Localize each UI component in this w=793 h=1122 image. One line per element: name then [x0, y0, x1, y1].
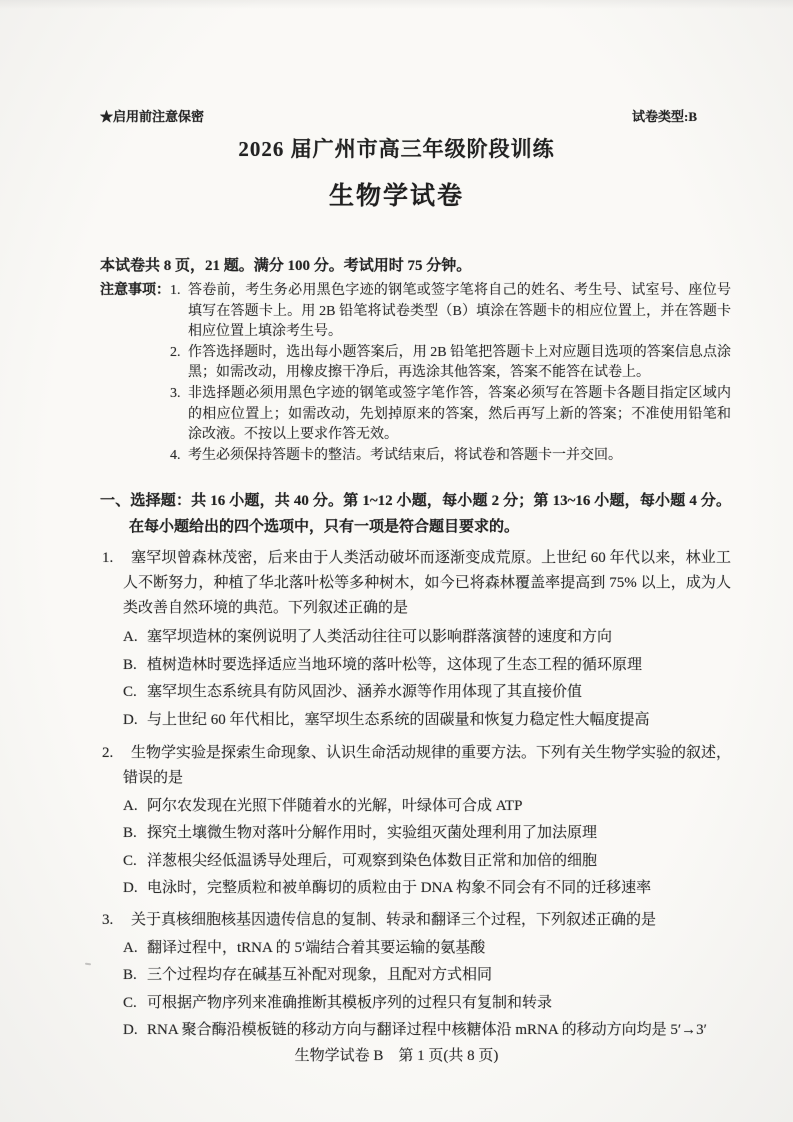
notice-item-text: 考生必须保持答题卡的整洁。考试结束后，将试卷和答题卡一并交回。	[188, 448, 622, 463]
option-c: C.可根据产物序列来准确推断其模板序列的过程只有复制和转录	[123, 990, 731, 1016]
notice-item-text: 答卷前，考生务必用黑色字迹的钢笔或签字笔将自己的姓名、考生号、试室号、座位号填写…	[188, 283, 731, 339]
notice-item-number: 2.	[170, 343, 181, 364]
notice-item-text: 非选择题必须用黑色字迹的钢笔或签字笔作答，答案必须写在答题卡各题目指定区域内的相…	[188, 386, 731, 442]
option-letter: A.	[123, 935, 147, 961]
question-3-options: A.翻译过程中，tRNA 的 5′端结合着其要运输的氨基酸 B.三个过程均存在碱…	[100, 935, 731, 1044]
option-text: 阿尔农发现在光照下伴随着水的光解，叶绿体可合成 ATP	[147, 798, 522, 814]
option-text: 探究土壤微生物对落叶分解作用时，实验组灭菌处理利用了加法原理	[147, 825, 597, 841]
question-stem: 关于真核细胞核基因遗传信息的复制、转录和翻译三个过程，下列叙述正确的是	[100, 905, 731, 933]
option-text: 与上世纪 60 年代相比，塞罕坝生态系统的固碳量和恢复力稳定性大幅度提高	[147, 712, 650, 728]
notice-item-number: 3.	[170, 384, 181, 405]
option-text: 三个过程均存在碱基互补配对现象，且配对方式相同	[147, 967, 492, 983]
exam-paper-page: ★启用前注意保密 试卷类型:B 2026 届广州市高三年级阶段训练 生物学试卷 …	[0, 0, 793, 1122]
exam-title: 2026 届广州市高三年级阶段训练	[0, 134, 793, 164]
notice-item-2: 2.作答选择题时，选出每小题答案后，用 2B 铅笔把答题卡上对应题目选项的答案信…	[170, 343, 731, 384]
option-letter: C.	[123, 848, 147, 874]
notice-item-number: 4.	[170, 446, 181, 467]
notice-item-1: 1.答卷前，考生务必用黑色字迹的钢笔或签字笔将自己的姓名、考生号、试室号、座位号…	[170, 281, 731, 343]
question-stem: 生物学实验是探索生命现象、认识生命活动规律的重要方法。下列有关生物学实验的叙述，…	[100, 738, 731, 791]
option-letter: B.	[123, 652, 147, 678]
question-1: 1. 塞罕坝曾森林茂密，后来由于人类活动破坏而逐渐变成荒原。上世纪 60 年代以…	[100, 543, 731, 733]
option-letter: A.	[123, 793, 147, 819]
question-number: 1.	[102, 546, 113, 571]
scan-artifact	[85, 963, 91, 966]
notice-item-4: 4.考生必须保持答题卡的整洁。考试结束后，将试卷和答题卡一并交回。	[170, 446, 731, 467]
option-letter: B.	[123, 962, 147, 988]
question-2: 2. 生物学实验是探索生命现象、认识生命活动规律的重要方法。下列有关生物学实验的…	[100, 738, 731, 902]
option-text: 翻译过程中，tRNA 的 5′端结合着其要运输的氨基酸	[147, 940, 485, 956]
option-c: C.塞罕坝生态系统具有防风固沙、涵养水源等作用体现了其直接价值	[123, 679, 731, 705]
notice-label: 注意事项：	[100, 281, 170, 466]
question-number: 3.	[102, 908, 113, 933]
notice-item-3: 3.非选择题必须用黑色字迹的钢笔或签字笔作答，答案必须写在答题卡各题目指定区域内…	[170, 384, 731, 446]
page-header: ★启用前注意保密 试卷类型:B	[100, 108, 697, 126]
notice-item-number: 1.	[170, 281, 181, 302]
notice-section: 注意事项： 1.答卷前，考生务必用黑色字迹的钢笔或签字笔将自己的姓名、考生号、试…	[100, 281, 731, 466]
option-text: 塞罕坝造林的案例说明了人类活动往往可以影响群落演替的速度和方向	[147, 629, 612, 645]
option-letter: A.	[123, 624, 147, 650]
page-footer: 生物学试卷 B 第 1 页(共 8 页)	[0, 1046, 793, 1066]
option-b: B.探究土壤微生物对落叶分解作用时，实验组灭菌处理利用了加法原理	[123, 820, 731, 846]
exam-info-line: 本试卷共 8 页，21 题。满分 100 分。考试用时 75 分钟。	[100, 256, 731, 276]
option-text: 洋葱根尖经低温诱导处理后，可观察到染色体数目正常和加倍的细胞	[147, 853, 597, 869]
option-a: A.阿尔农发现在光照下伴随着水的光解，叶绿体可合成 ATP	[123, 793, 731, 819]
option-letter: D.	[123, 875, 147, 901]
question-1-options: A.塞罕坝造林的案例说明了人类活动往往可以影响群落演替的速度和方向 B.植树造林…	[100, 624, 731, 733]
option-a: A.翻译过程中，tRNA 的 5′端结合着其要运输的氨基酸	[123, 935, 731, 961]
option-text: 塞罕坝生态系统具有防风固沙、涵养水源等作用体现了其直接价值	[147, 684, 582, 700]
option-d: D.电泳时，完整质粒和被单酶切的质粒由于 DNA 构象不同会有不同的迁移速率	[123, 875, 731, 901]
option-text: RNA 聚合酶沿模板链的移动方向与翻译过程中核糖体沿 mRNA 的移动方向均是 …	[147, 1022, 707, 1038]
notice-items: 1.答卷前，考生务必用黑色字迹的钢笔或签字笔将自己的姓名、考生号、试室号、座位号…	[170, 281, 731, 466]
option-text: 植树造林时要选择适应当地环境的落叶松等，这体现了生态工程的循环原理	[147, 657, 642, 673]
option-letter: D.	[123, 707, 147, 733]
exam-subtitle: 生物学试卷	[0, 180, 793, 214]
notice-item-text: 作答选择题时，选出每小题答案后，用 2B 铅笔把答题卡上对应题目选项的答案信息点…	[188, 345, 731, 381]
option-letter: D.	[123, 1017, 147, 1043]
section-heading-multiple-choice: 一、选择题：共 16 小题，共 40 分。第 1~12 小题，每小题 2 分；第…	[100, 488, 731, 540]
option-a: A.塞罕坝造林的案例说明了人类活动往往可以影响群落演替的速度和方向	[123, 624, 731, 650]
question-number: 2.	[102, 741, 113, 766]
option-d: D.与上世纪 60 年代相比，塞罕坝生态系统的固碳量和恢复力稳定性大幅度提高	[123, 707, 731, 733]
option-letter: C.	[123, 990, 147, 1016]
option-d: D.RNA 聚合酶沿模板链的移动方向与翻译过程中核糖体沿 mRNA 的移动方向均…	[123, 1017, 731, 1043]
option-letter: C.	[123, 679, 147, 705]
option-b: B.植树造林时要选择适应当地环境的落叶松等，这体现了生态工程的循环原理	[123, 652, 731, 678]
paper-type-label: 试卷类型:B	[632, 108, 697, 126]
option-text: 可根据产物序列来准确推断其模板序列的过程只有复制和转录	[147, 995, 552, 1011]
exam-body: 本试卷共 8 页，21 题。满分 100 分。考试用时 75 分钟。 注意事项：…	[100, 256, 731, 1043]
question-stem: 塞罕坝曾森林茂密，后来由于人类活动破坏而逐渐变成荒原。上世纪 60 年代以来，林…	[100, 543, 731, 621]
question-3: 3. 关于真核细胞核基因遗传信息的复制、转录和翻译三个过程，下列叙述正确的是 A…	[100, 905, 731, 1043]
option-letter: B.	[123, 820, 147, 846]
option-b: B.三个过程均存在碱基互补配对现象，且配对方式相同	[123, 962, 731, 988]
option-text: 电泳时，完整质粒和被单酶切的质粒由于 DNA 构象不同会有不同的迁移速率	[147, 880, 651, 896]
question-2-options: A.阿尔农发现在光照下伴随着水的光解，叶绿体可合成 ATP B.探究土壤微生物对…	[100, 793, 731, 902]
option-c: C.洋葱根尖经低温诱导处理后，可观察到染色体数目正常和加倍的细胞	[123, 848, 731, 874]
security-notice: ★启用前注意保密	[100, 108, 204, 126]
